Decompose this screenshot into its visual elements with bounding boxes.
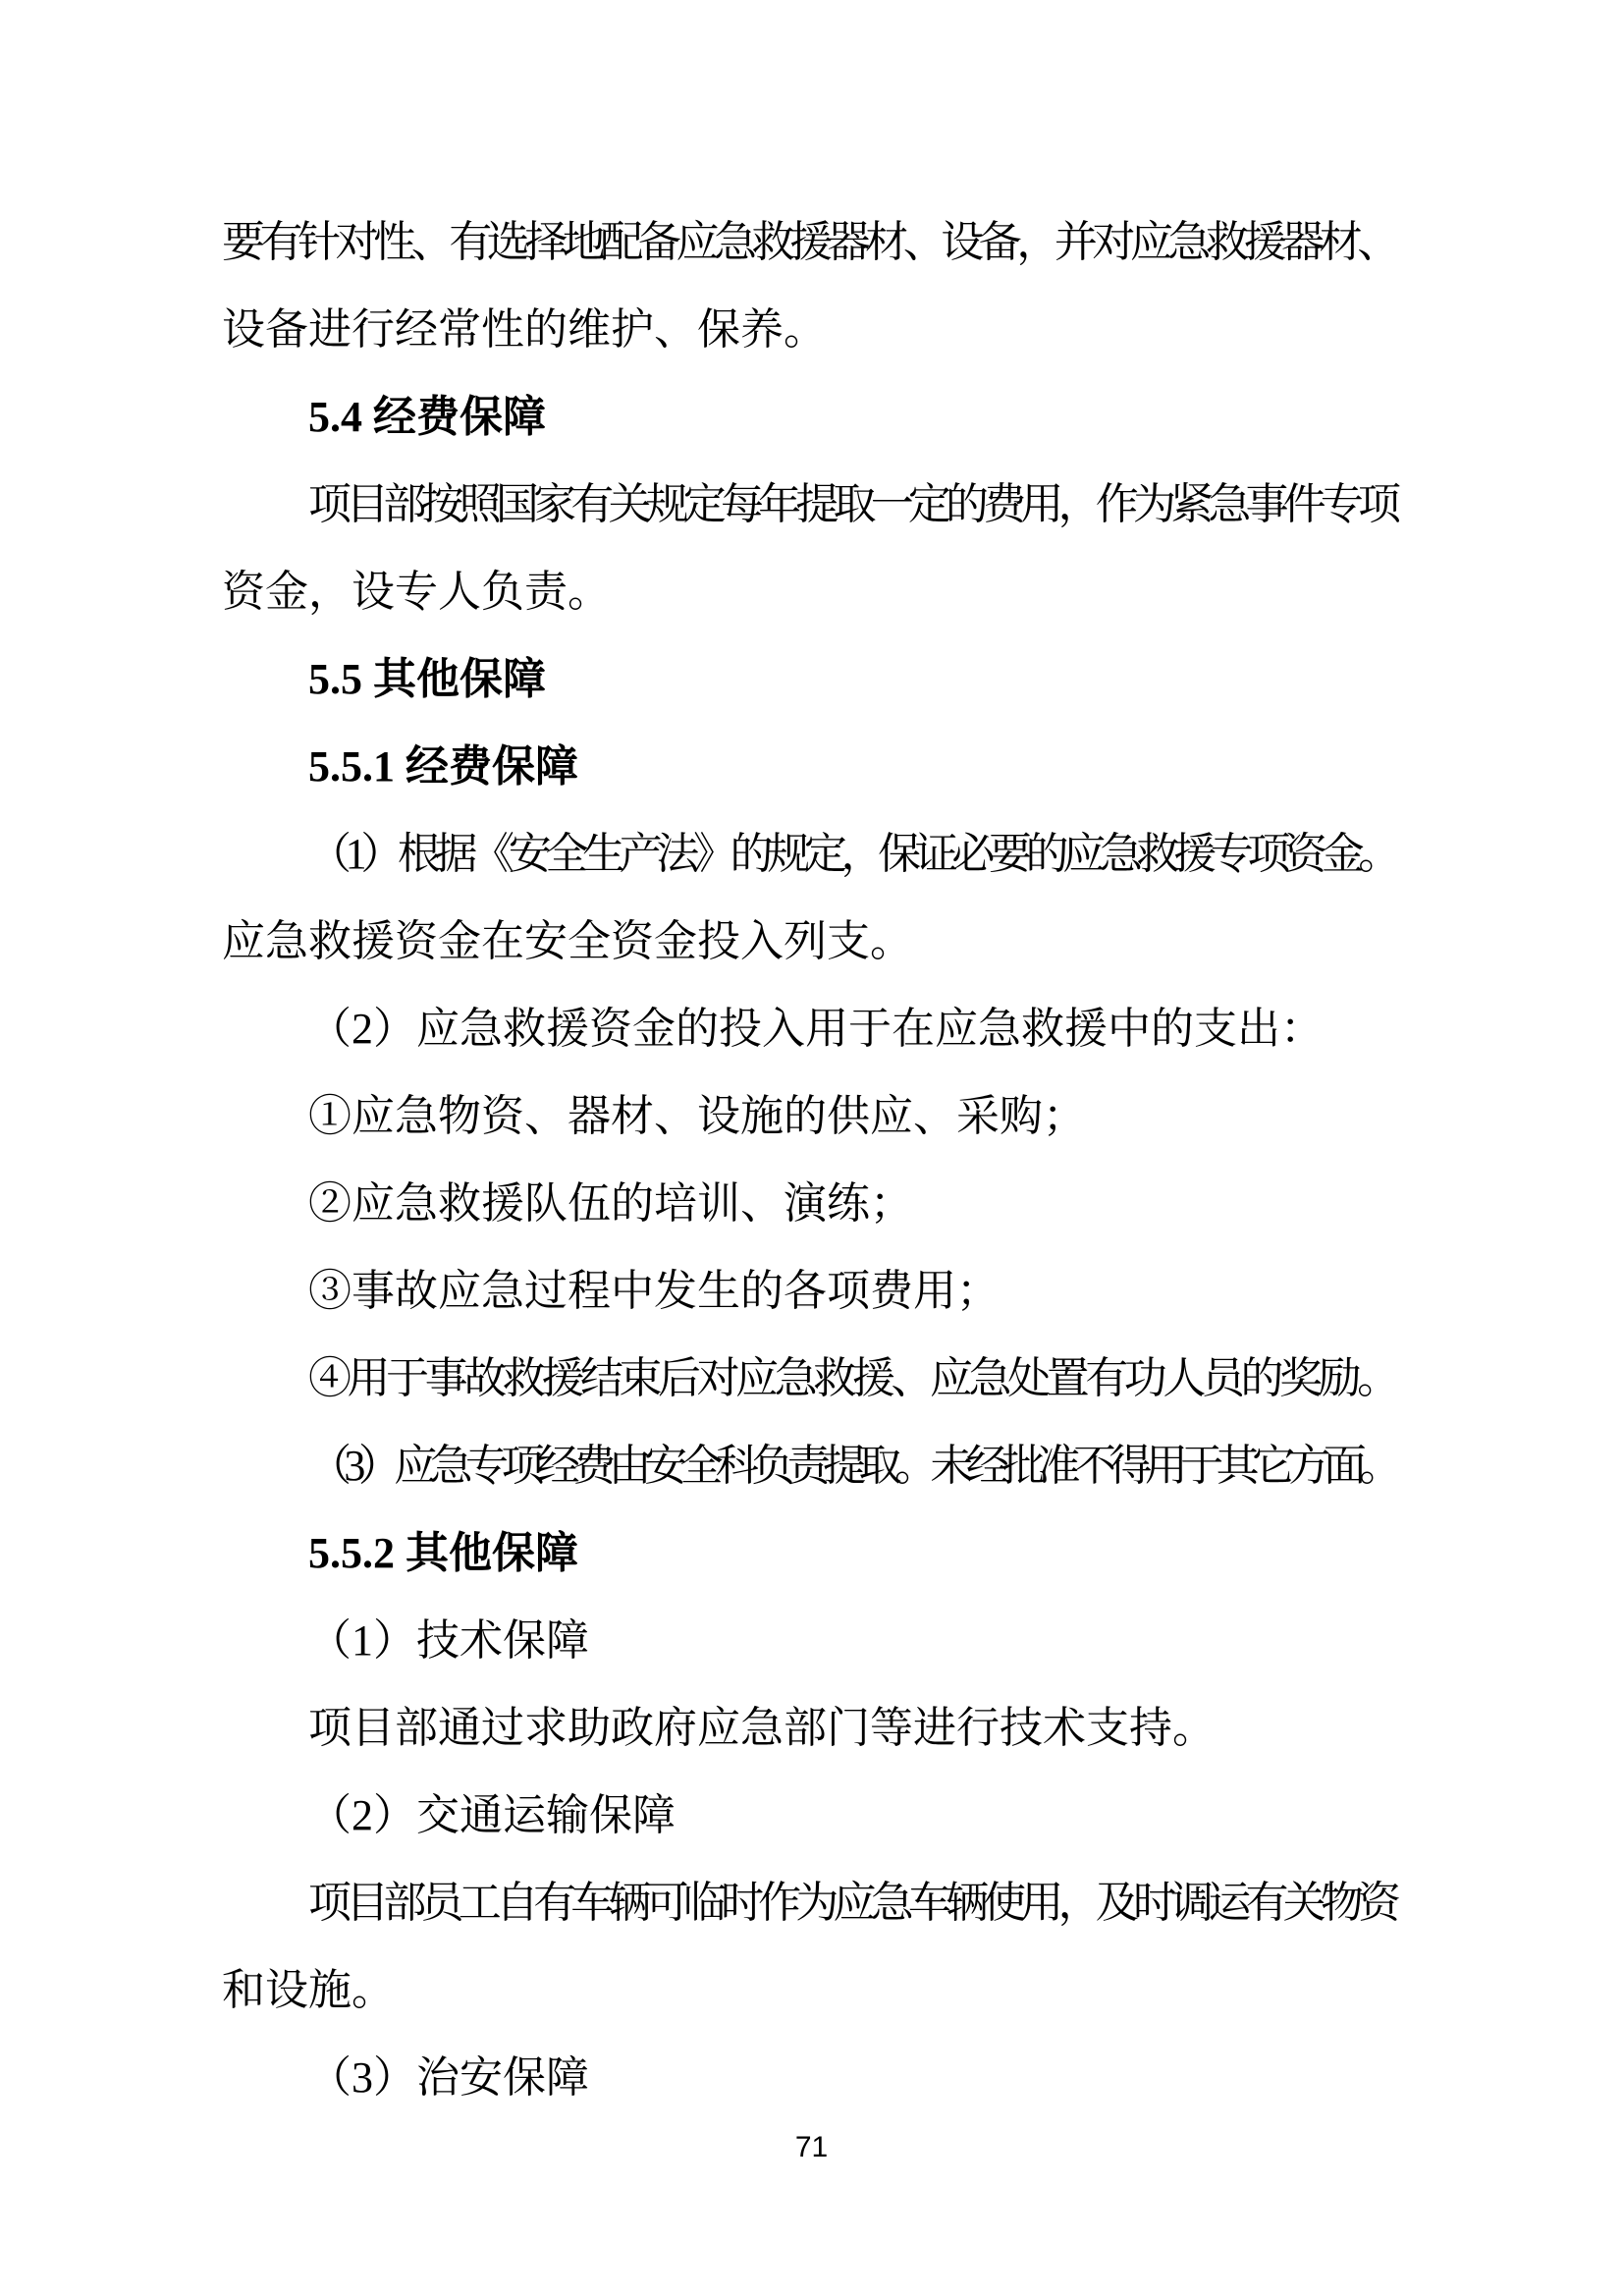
text-line: 项目部员工自有车辆可临时作为应急车辆使用，及时调运有关物资 bbox=[222, 1859, 1404, 1946]
text-line: （1）技术保障 bbox=[222, 1597, 1404, 1684]
text-line: （2）交通运输保障 bbox=[222, 1772, 1404, 1859]
text-line: （3）应急专项经费由安全科负责提取。未经批准不得用于其它方面。 bbox=[222, 1422, 1404, 1509]
text-line: 要有针对性、有选择地配备应急救援器材、设备，并对应急救援器材、 bbox=[222, 198, 1404, 286]
text-line: ④用于事故救援结束后对应急救援、应急处置有功人员的奖励。 bbox=[222, 1335, 1404, 1422]
text-line: （2）应急救援资金的投入用于在应急救援中的支出： bbox=[222, 985, 1404, 1072]
section-heading: 5.4 经费保障 bbox=[222, 373, 1404, 461]
section-heading: 5.5 其他保障 bbox=[222, 635, 1404, 723]
text-line: （3）治安保障 bbox=[222, 2034, 1404, 2121]
text-line: 项目部通过求助政府应急部门等进行技术支持。 bbox=[222, 1684, 1404, 1772]
text-line: 项目部按照国家有关规定每年提取一定的费用，作为紧急事件专项 bbox=[222, 461, 1404, 548]
document-text-block: 要有针对性、有选择地配备应急救援器材、设备，并对应急救援器材、设备进行经常性的维… bbox=[222, 198, 1404, 2121]
document-page: 要有针对性、有选择地配备应急救援器材、设备，并对应急救援器材、设备进行经常性的维… bbox=[0, 0, 1623, 2296]
text-line: 应急救援资金在安全资金投入列支。 bbox=[222, 898, 1404, 985]
text-line: 和设施。 bbox=[222, 1946, 1404, 2034]
section-heading: 5.5.1 经费保障 bbox=[222, 723, 1404, 810]
text-line: ③事故应急过程中发生的各项费用； bbox=[222, 1247, 1404, 1335]
text-line: ②应急救援队伍的培训、演练； bbox=[222, 1160, 1404, 1247]
text-line: 设备进行经常性的维护、保养。 bbox=[222, 286, 1404, 373]
text-line: 资金，设专人负责。 bbox=[222, 548, 1404, 635]
page-number: 71 bbox=[0, 2128, 1623, 2167]
text-line: ①应急物资、器材、设施的供应、采购； bbox=[222, 1072, 1404, 1160]
section-heading: 5.5.2 其他保障 bbox=[222, 1509, 1404, 1597]
text-line: （1）根据《安全生产法》的规定，保证必要的应急救援专项资金。 bbox=[222, 810, 1404, 898]
